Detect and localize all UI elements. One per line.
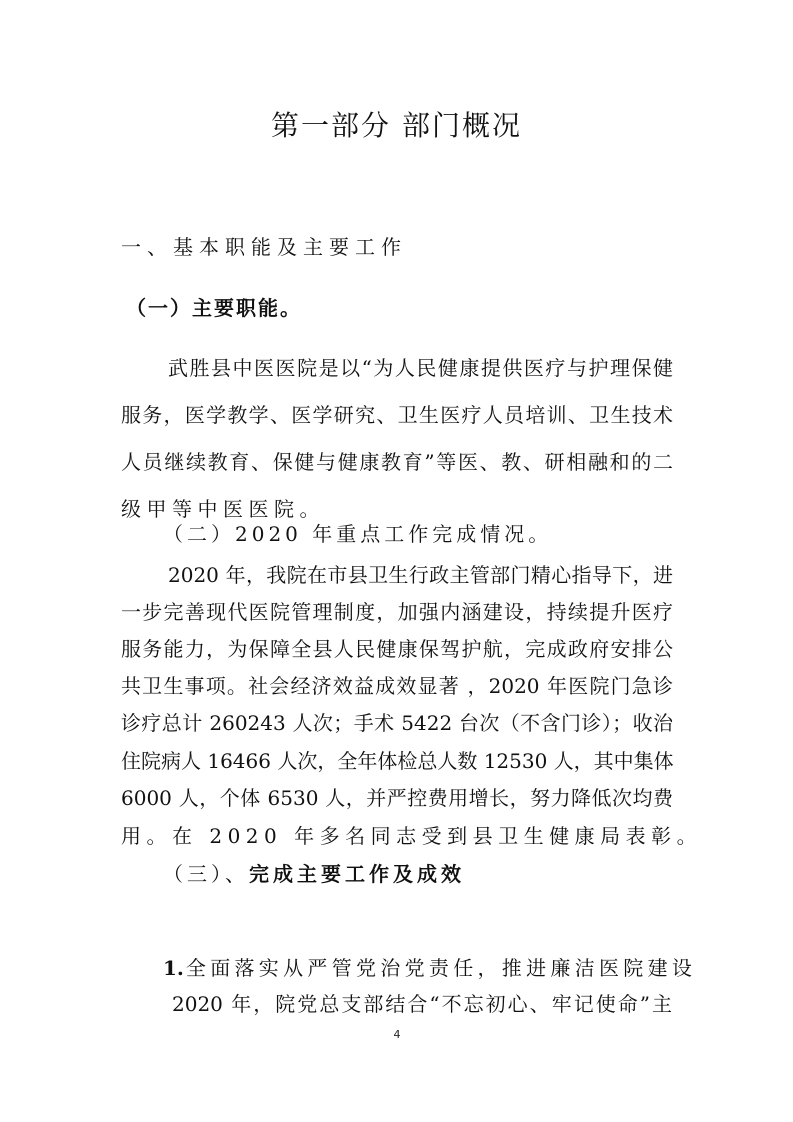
paragraph-line: 服务，医学教学、医学研究、卫生医疗人员培训、卫生技术 (121, 402, 673, 428)
paragraph-line: 2020 年，院党总支部结合“不忘初心、牢记使命”主 (172, 991, 672, 1017)
item-1-heading: 1.全面落实从严管党治党责任，推进廉洁医院建设 (163, 955, 696, 981)
subsection-3-prefix: （三）、 (163, 862, 249, 886)
paragraph-line: 武胜县中医医院是以“为人民健康提供医疗与护理保健 (168, 355, 673, 381)
section-heading: 一、基本职能及主要工作 (121, 234, 407, 260)
paragraph-line: 6000 人，个体 6530 人，并严控费用增长，努力降低次均费 (121, 785, 673, 811)
paragraph-line: 用。在 2020 年多名同志受到县卫生健康局表彰。 (121, 823, 673, 849)
page-title: 第一部分 部门概况 (0, 104, 793, 144)
document-page: 第一部分 部门概况 一、基本职能及主要工作 （一）主要职能。 武胜县中医医院是以… (0, 0, 793, 1122)
paragraph-line: 住院病人 16466 人次，全年体检总人数 12530 人，其中集体 (121, 748, 673, 774)
paragraph-line: 共卫生事项。社会经济效益成效显著 ，2020 年医院门急诊 (121, 673, 673, 699)
paragraph-line: 服务能力，为保障全县人民健康保驾护航，完成政府安排公 (121, 636, 673, 662)
paragraph-line: 人员继续教育、保健与健康教育”等医、教、研相融和的二 (121, 449, 673, 475)
subsection-1-heading: （一）主要职能。 (126, 295, 302, 321)
paragraph-line: 一步完善现代医院管理制度，加强内涵建设，持续提升医疗 (121, 599, 673, 625)
item-1-title: 全面落实从严管党治党责任，推进廉洁医院建设 (186, 956, 696, 980)
paragraph-line: 2020 年，我院在市县卫生行政主管部门精心指导下，进 (168, 562, 673, 588)
item-1-number: 1. (163, 956, 184, 980)
subsection-3-heading: （三）、完成主要工作及成效 (163, 861, 465, 887)
subsection-2-heading: （二）2020 年重点工作完成情况。 (163, 521, 552, 547)
paragraph-line: 诊疗总计 260243 人次；手术 5422 台次（不含门诊）；收治 (121, 710, 673, 736)
page-number: 4 (390, 1028, 404, 1041)
subsection-3-text: 完成主要工作及成效 (249, 862, 465, 886)
paragraph-line: 级甲等中医医院。 (121, 496, 673, 522)
